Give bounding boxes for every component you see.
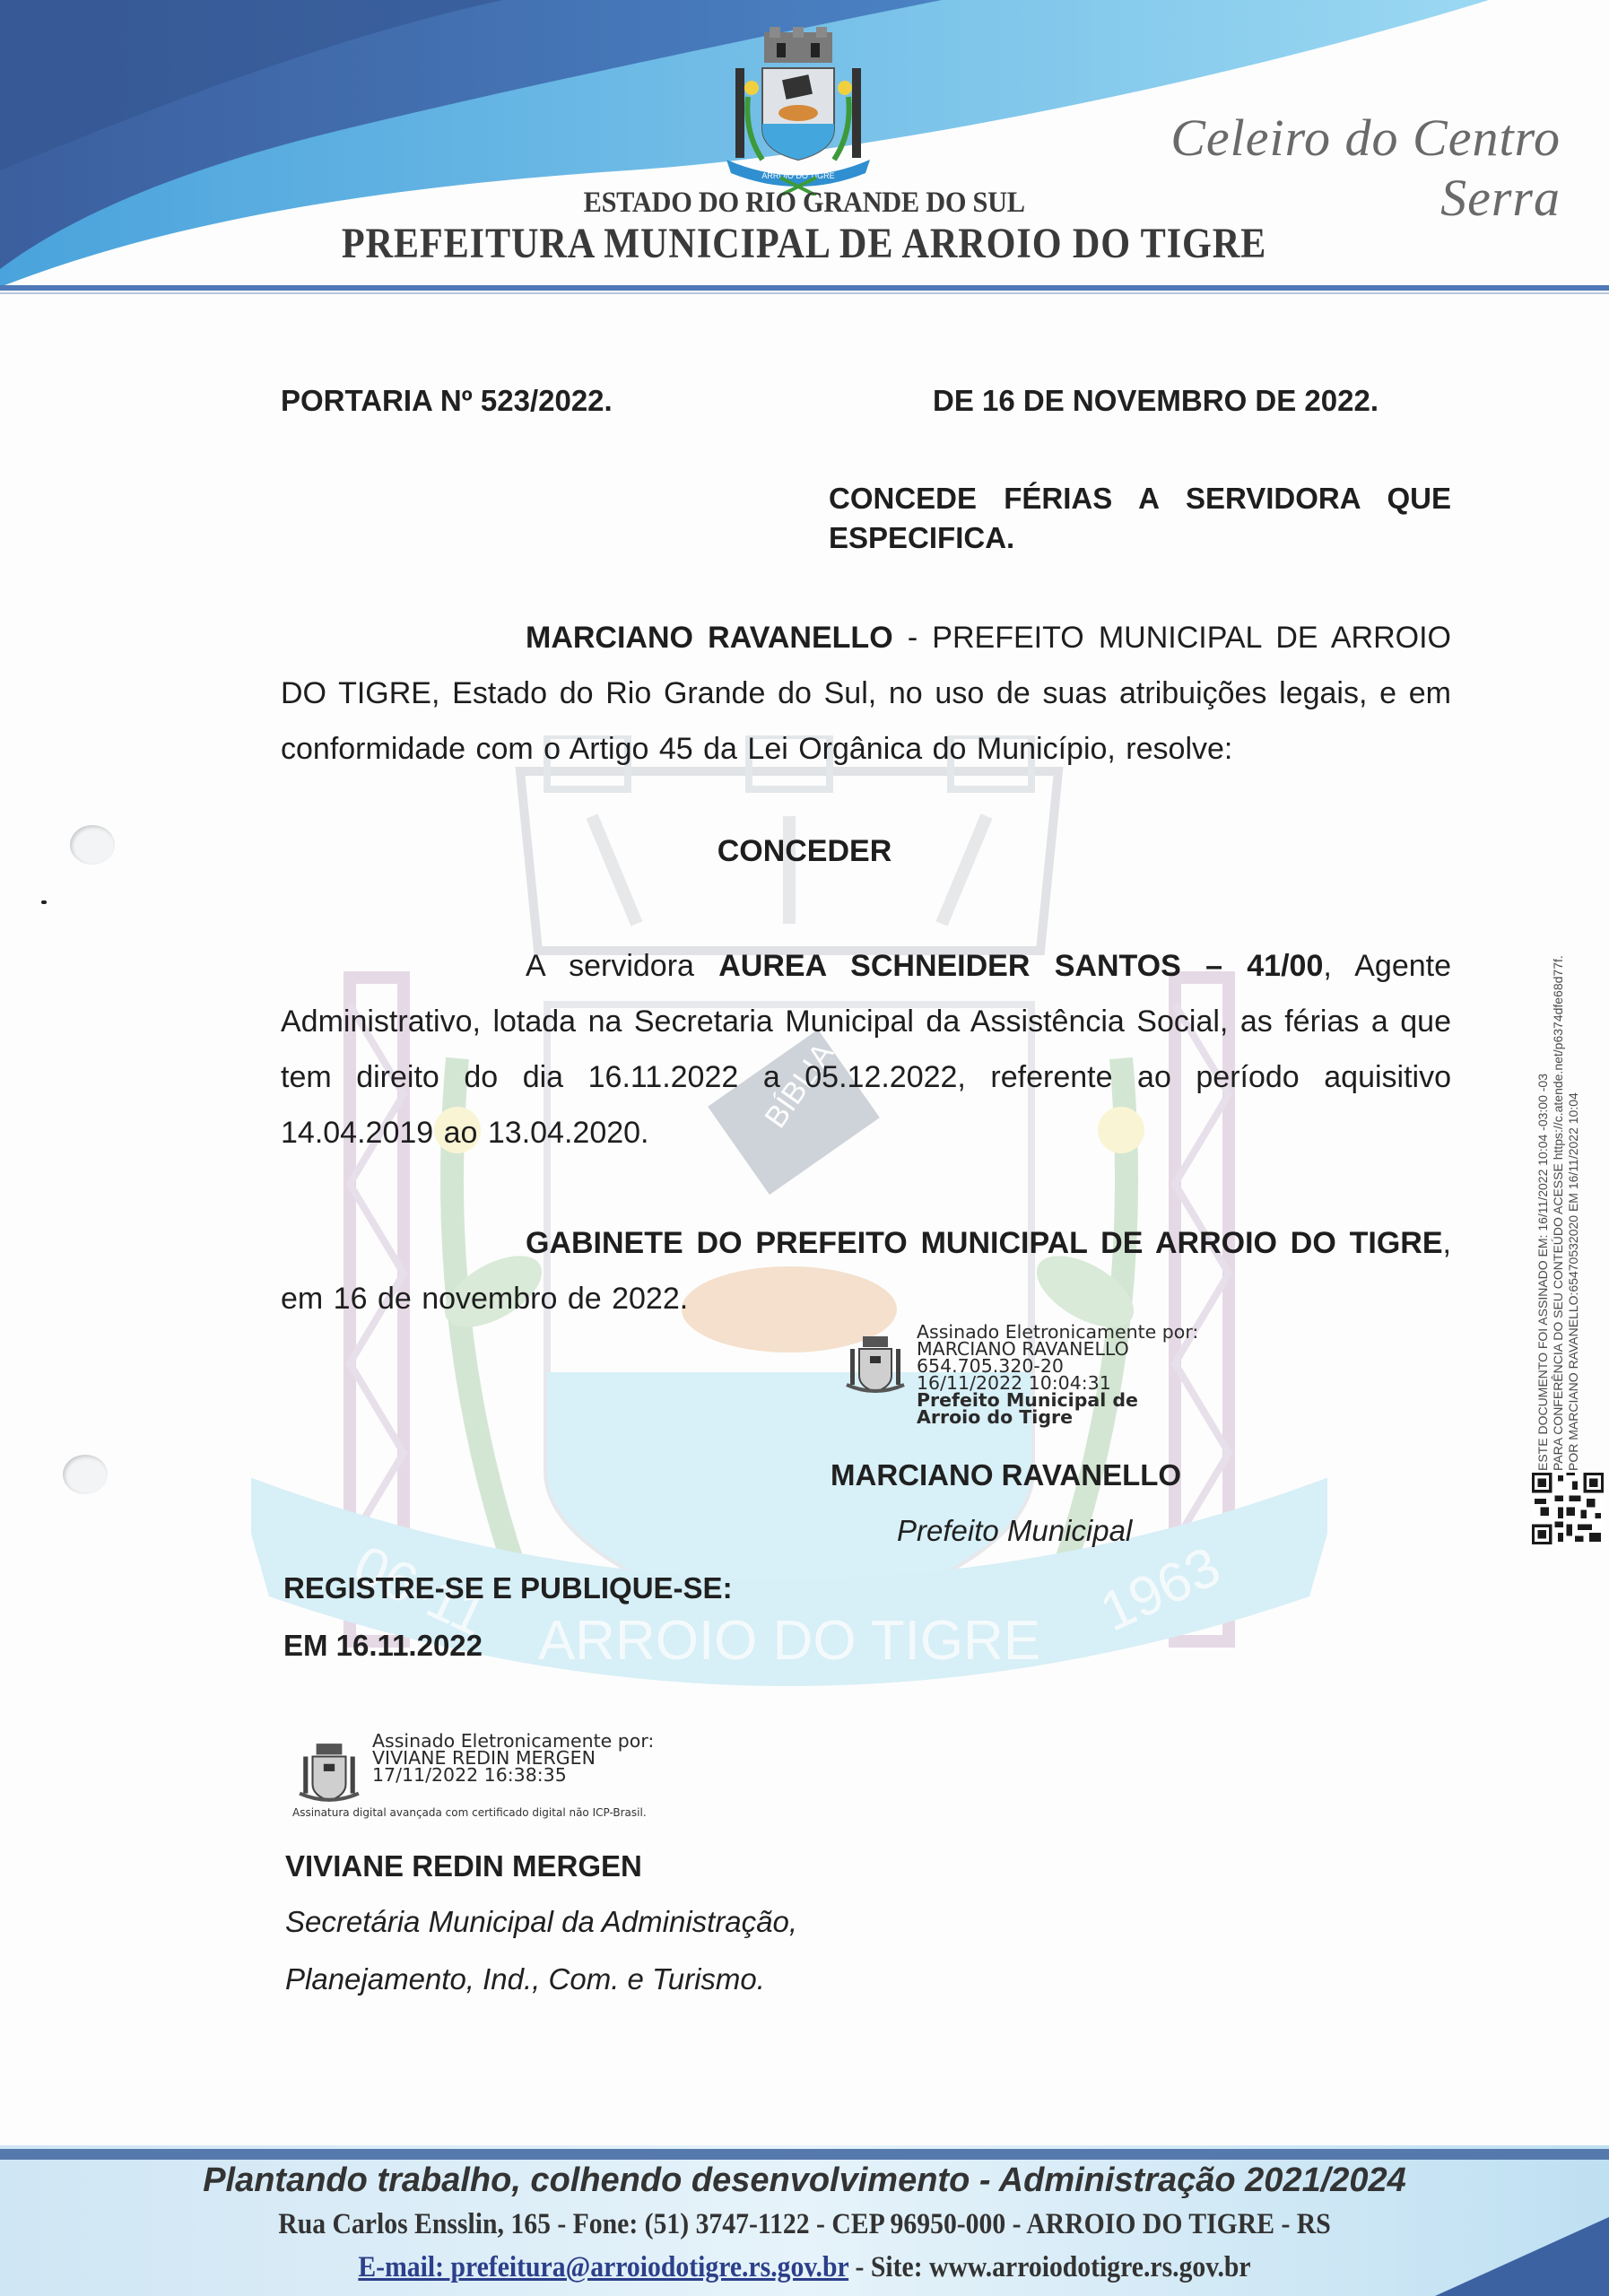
secretary-role-line-2: Planejamento, Ind., Com. e Turismo.: [285, 1952, 765, 2007]
administration-slogan: Plantando trabalho, colhendo desenvolvim…: [0, 2161, 1609, 2200]
municipal-coat-of-arms-icon: ARROIO DO TIGRE: [718, 25, 879, 196]
concession-paragraph: A servidora AUREA SCHNEIDER SANTOS – 41/…: [281, 938, 1451, 1161]
scan-speck: [41, 900, 47, 904]
signature-certificate-note: Assinatura digital avançada com certific…: [292, 1806, 723, 1819]
contact-line: E-mail: prefeitura@arroiodotigre.rs.gov.…: [81, 2251, 1529, 2284]
email-link[interactable]: E-mail: prefeitura@arroiodotigre.rs.gov.…: [358, 2251, 848, 2283]
mayor-signer-role: Prefeito Municipal: [897, 1503, 1132, 1559]
header-divider-thin: [0, 292, 1609, 294]
stamp-datetime: 17/11/2022 16:38:35: [372, 1767, 654, 1784]
portaria-number: PORTARIA Nº 523/2022.: [281, 373, 613, 429]
state-title: ESTADO DO RIO GRANDE DO SUL: [64, 187, 1544, 220]
registration-date: EM 16.11.2022: [283, 1618, 483, 1674]
portaria-date: DE 16 DE NOVEMBRO DE 2022.: [933, 373, 1379, 429]
secretary-electronic-signature-stamp: Assinado Eletronicamente por: VIVIANE RE…: [372, 1733, 654, 1784]
closing-paragraph: GABINETE DO PREFEITO MUNICIPAL DE ARROIO…: [281, 1215, 1451, 1326]
verification-side-stamp: ESTE DOCUMENTO FOI ASSINADO EM: 16/11/20…: [1535, 789, 1581, 1471]
punch-hole: [63, 1455, 108, 1494]
side-stamp-verification-link[interactable]: PARA CONFERÊNCIA DO SEU CONTEÚDO ACESSE …: [1551, 789, 1566, 1471]
side-stamp-line-3: POR MARCIANO RAVANELLO:65470532020 EM 16…: [1566, 789, 1581, 1471]
punch-hole: [70, 825, 115, 865]
secretary-signer-name: VIVIANE REDIN MERGEN: [285, 1839, 642, 1894]
signature-crest-icon: [843, 1333, 908, 1397]
concession-prefix: A servidora: [526, 949, 718, 983]
svg-text:ARROIO DO TIGRE: ARROIO DO TIGRE: [761, 171, 834, 180]
mayor-name-inline: MARCIANO RAVANELLO: [526, 621, 893, 655]
stamp-role-2: Arroio do Tigre: [917, 1409, 1198, 1426]
side-stamp-line-1: ESTE DOCUMENTO FOI ASSINADO EM: 16/11/20…: [1535, 789, 1551, 1471]
preamble-paragraph: MARCIANO RAVANELLO - PREFEITO MUNICIPAL …: [281, 610, 1451, 777]
action-heading: CONCEDER: [0, 834, 1609, 869]
institution-title: PREFEITURA MUNICIPAL DE ARROIO DO TIGRE: [96, 219, 1512, 268]
signature-crest-icon: [296, 1740, 362, 1806]
mayor-signer-name: MARCIANO RAVANELLO: [831, 1448, 1181, 1503]
mayor-electronic-signature-stamp: Assinado Eletronicamente por: MARCIANO R…: [917, 1324, 1198, 1426]
qr-code-icon[interactable]: [1532, 1473, 1604, 1544]
secretary-role-line-1: Secretária Municipal da Administração,: [285, 1894, 797, 1950]
header-divider: [0, 285, 1609, 291]
svg-text:ARROIO DO TIGRE: ARROIO DO TIGRE: [538, 1610, 1040, 1672]
footer-divider: [0, 2149, 1609, 2160]
closing-bold: GABINETE DO PREFEITO MUNICIPAL DE ARROIO…: [526, 1226, 1443, 1260]
employee-name: AUREA SCHNEIDER SANTOS – 41/00: [718, 949, 1323, 983]
address-line: Rua Carlos Ensslin, 165 - Fone: (51) 374…: [81, 2208, 1529, 2241]
ementa: CONCEDE FÉRIAS A SERVIDORA QUE ESPECIFIC…: [829, 479, 1451, 558]
registration-label: REGISTRE-SE E PUBLIQUE-SE:: [283, 1561, 733, 1616]
site-link[interactable]: - Site: www.arroiodotigre.rs.gov.br: [848, 2251, 1250, 2283]
